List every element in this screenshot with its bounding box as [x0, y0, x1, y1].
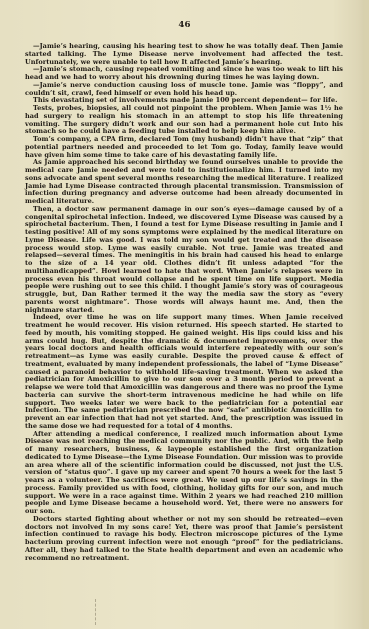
paragraph-tests: Tests, probes, biopsies, all could not p…: [25, 105, 343, 136]
paragraph-foundation: After attending a medical conference, I …: [25, 431, 343, 516]
scan-artifact-mark: [95, 599, 97, 625]
document-page: 46 —Jamie’s hearing, causing his hearing…: [0, 0, 369, 629]
paragraph-stomach: —Jamie’s stomach, causing repeated vomit…: [25, 66, 343, 82]
paragraph-diagnosis: Then, a doctor saw permanent damage in o…: [25, 206, 343, 315]
paragraph-second-birthday: As Jamie approached his second birthday …: [25, 159, 343, 206]
paragraph-nerve-conduction: —Jamie’s nerve conduction causing loss o…: [25, 82, 343, 98]
paragraph-retreatment: Doctors started fighting about whether o…: [25, 516, 343, 563]
page-number: 46: [0, 20, 369, 30]
page-edge-shadow: [363, 0, 369, 629]
paragraph-life-support: Indeed, over time he was on life support…: [25, 314, 343, 430]
body-text: —Jamie’s hearing, causing his hearing te…: [25, 43, 343, 562]
paragraph-hearing: —Jamie’s hearing, causing his hearing te…: [25, 43, 343, 66]
paragraph-toms-company: Tom’s company, a CPA firm, declared Tom …: [25, 136, 343, 159]
